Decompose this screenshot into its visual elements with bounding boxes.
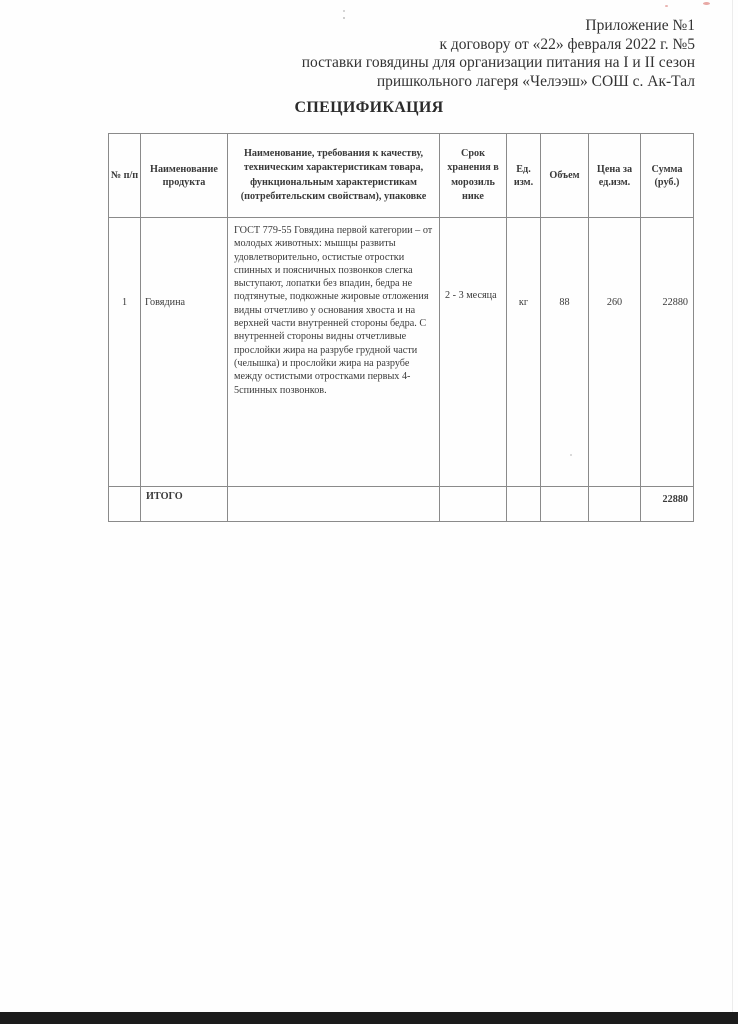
column-header-unit: Ед. изм. xyxy=(507,134,541,218)
cell-product: Говядина xyxy=(141,218,228,487)
cell-description: ГОСТ 779-55 Говядина первой категории – … xyxy=(228,218,440,487)
cell-sum: 22880 xyxy=(641,218,694,487)
cell-empty xyxy=(589,487,641,522)
table-row: 1 Говядина ГОСТ 779-55 Говядина первой к… xyxy=(109,218,694,487)
subject-line: поставки говядины для организации питани… xyxy=(302,54,695,73)
cell-empty xyxy=(541,487,589,522)
scan-speck xyxy=(703,2,710,5)
camp-line: пришкольного лагеря «Челээш» СОШ с. Ак-Т… xyxy=(302,73,695,92)
contract-line: к договору от «22» февраля 2022 г. №5 xyxy=(302,36,695,55)
specification-table: № п/п Наименование продукта Наименование… xyxy=(108,133,694,522)
column-header-sum: Сумма (руб.) xyxy=(641,134,694,218)
appendix-line: Приложение №1 xyxy=(302,17,695,36)
scan-bottom-edge xyxy=(0,1012,738,1024)
cell-empty xyxy=(109,487,141,522)
scan-speck xyxy=(665,5,668,7)
document-title: СПЕЦИФИКАЦИЯ xyxy=(0,99,738,117)
cell-empty xyxy=(228,487,440,522)
total-row: ИТОГО 22880 xyxy=(109,487,694,522)
cell-empty xyxy=(440,487,507,522)
total-label: ИТОГО xyxy=(141,487,228,522)
scan-speck xyxy=(343,10,345,12)
cell-quantity: 88 xyxy=(541,218,589,487)
page-edge xyxy=(732,0,733,1012)
cell-unit: кг xyxy=(507,218,541,487)
cell-num: 1 xyxy=(109,218,141,487)
cell-storage: 2 - 3 месяца xyxy=(440,218,507,487)
column-header-storage: Срок хранения в морозиль нике xyxy=(440,134,507,218)
cell-empty xyxy=(507,487,541,522)
total-sum: 22880 xyxy=(641,487,694,522)
column-header-price: Цена за ед.изм. xyxy=(589,134,641,218)
column-header-volume: Объем xyxy=(541,134,589,218)
cell-price: 260 xyxy=(589,218,641,487)
table-header-row: № п/п Наименование продукта Наименование… xyxy=(109,134,694,218)
column-header-product: Наименование продукта xyxy=(141,134,228,218)
appendix-header: Приложение №1 к договору от «22» февраля… xyxy=(302,17,695,91)
column-header-num: № п/п xyxy=(109,134,141,218)
column-header-requirements: Наименование, требования к качеству, тех… xyxy=(228,134,440,218)
